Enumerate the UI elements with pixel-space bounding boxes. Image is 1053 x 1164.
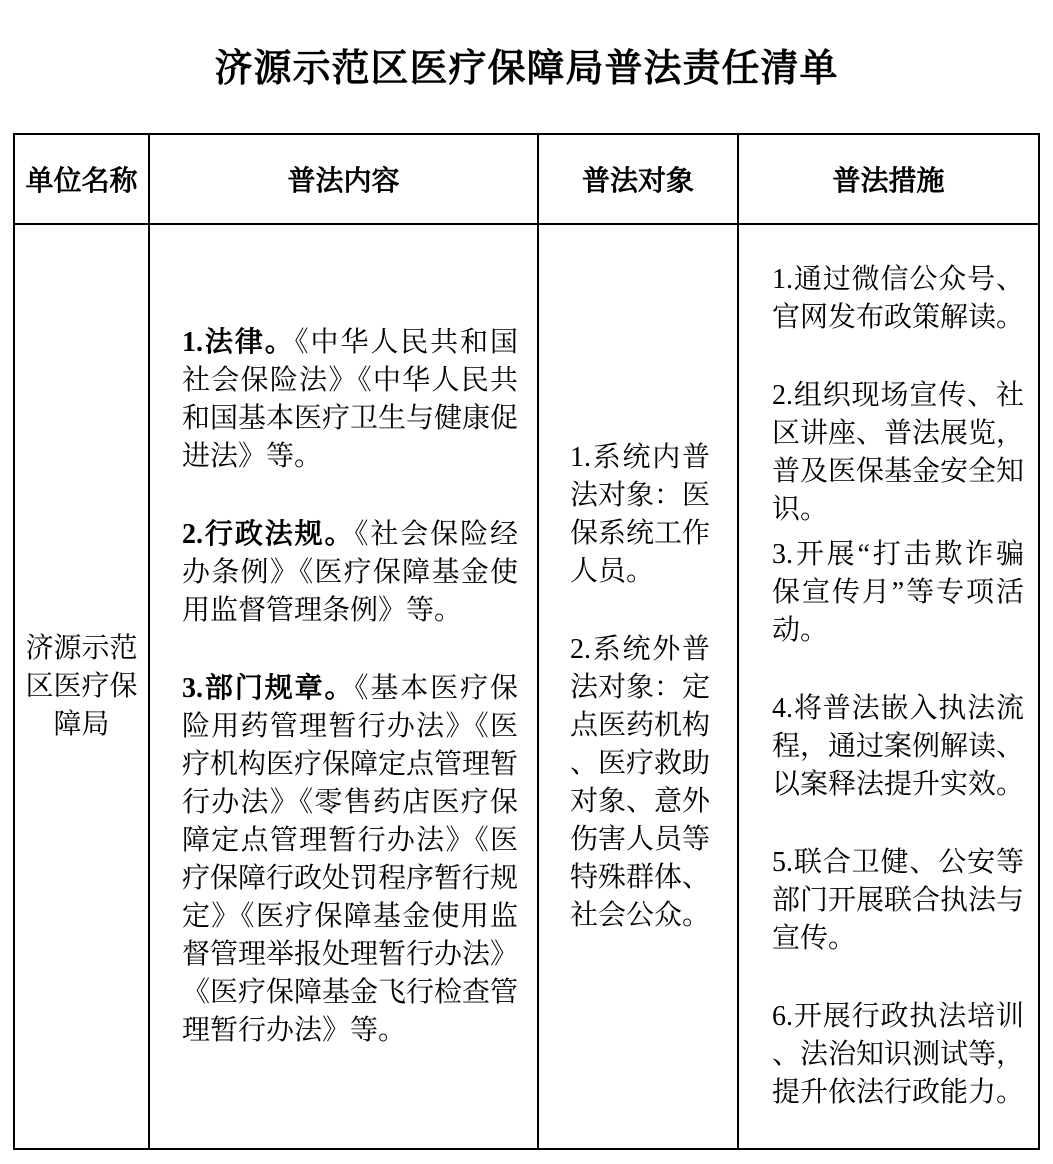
measures-paragraph-1: 1.通过微信公众号、官网发布政策解读。: [772, 261, 1024, 337]
column-header-law-content: 普法内容: [149, 134, 538, 224]
page-title: 济源示范区医疗保障局普法责任清单: [0, 44, 1053, 94]
measures-paragraph-4: 4.将普法嵌入执法流程，通过案例解读、以案释法提升实效。: [772, 690, 1024, 804]
measures-paragraph-6: 6.开展行政执法培训、法治知识测试等，提升依法行政能力。: [772, 998, 1024, 1112]
duty-table: 单位名称 普法内容 普法对象 普法措施 济源示范区医疗保障局 1.法律。《中华人…: [13, 133, 1040, 1150]
unit-name-text: 济源示范区医疗保障局: [26, 630, 138, 744]
column-header-law-targets: 普法对象: [538, 134, 738, 224]
column-header-unit-name: 单位名称: [14, 134, 149, 224]
header-row: 单位名称 普法内容 普法对象 普法措施: [14, 134, 1039, 224]
column-header-law-measures: 普法措施: [738, 134, 1039, 224]
measures-paragraph-5: 5.联合卫健、公安等部门开展联合执法与宣传。: [772, 844, 1024, 958]
cell-unit-name: 济源示范区医疗保障局: [14, 224, 149, 1149]
content-paragraph-regulations: 2.行政法规。《社会保险经办条例》《医疗保障基金使用监督管理条例》等。: [182, 516, 518, 630]
content-paragraph-laws: 1.法律。《中华人民共和国社会保险法》《中华人民共和国基本医疗卫生与健康促进法》…: [182, 324, 518, 476]
cell-law-content: 1.法律。《中华人民共和国社会保险法》《中华人民共和国基本医疗卫生与健康促进法》…: [149, 224, 538, 1149]
targets-paragraph-external: 2.系统外普法对象：定点医药机构、医疗救助对象、意外伤害人员等特殊群体、社会公众…: [570, 631, 710, 935]
targets-paragraph-internal: 1.系统内普法对象：医保系统工作人员。: [570, 439, 710, 591]
cell-law-measures: 1.通过微信公众号、官网发布政策解读。 2.组织现场宣传、社区讲座、普法展览，普…: [738, 224, 1039, 1149]
cell-law-targets: 1.系统内普法对象：医保系统工作人员。 2.系统外普法对象：定点医药机构、医疗救…: [538, 224, 738, 1149]
content-paragraph-department-rules-lead: 3.部门规章。: [182, 673, 354, 704]
content-paragraph-department-rules: 3.部门规章。《基本医疗保险用药管理暂行办法》《医疗机构医疗保障定点管理暂行办法…: [182, 670, 518, 1050]
measures-paragraph-2: 2.组织现场宣传、社区讲座、普法展览，普及医保基金安全知识。: [772, 377, 1024, 529]
content-paragraph-department-rules-text: 《基本医疗保险用药管理暂行办法》《医疗机构医疗保障定点管理暂行办法》《零售药店医…: [182, 673, 518, 1046]
content-paragraph-regulations-lead: 2.行政法规。: [182, 519, 354, 550]
content-paragraph-laws-lead: 1.法律。: [182, 327, 295, 358]
table-row: 济源示范区医疗保障局 1.法律。《中华人民共和国社会保险法》《中华人民共和国基本…: [14, 224, 1039, 1149]
measures-paragraph-3: 3.开展“打击欺诈骗保宣传月”等专项活动。: [772, 536, 1024, 650]
